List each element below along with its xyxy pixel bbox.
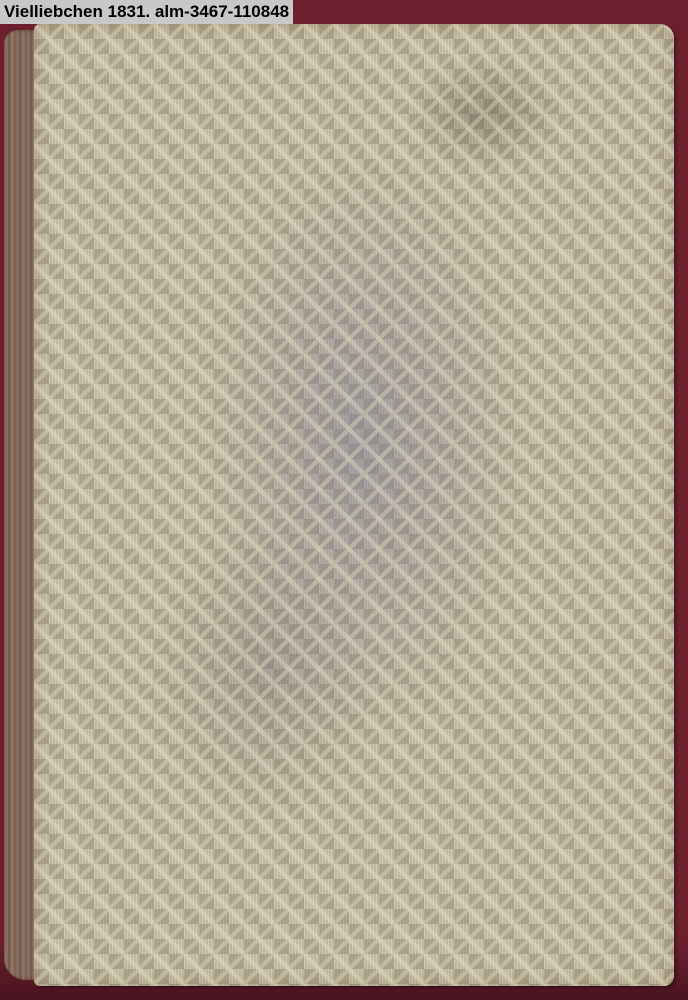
image-caption: Vielliebchen 1831. alm-3467-110848 [0,0,293,24]
diamond-pattern [34,24,674,986]
book-cover [34,24,674,986]
book [4,24,676,990]
